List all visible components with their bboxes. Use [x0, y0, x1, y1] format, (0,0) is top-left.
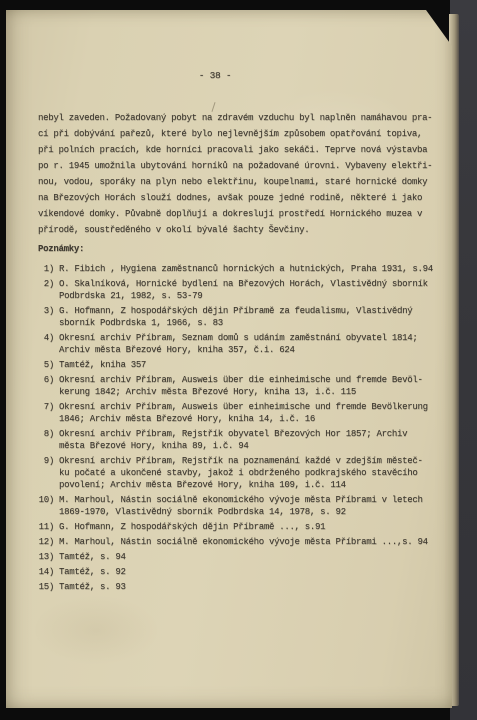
footnote-number: 13) [28, 551, 54, 563]
footnote-text: Okresní archiv Příbram, Ausweis über die… [59, 374, 423, 398]
footnote-number: 1) [28, 263, 54, 275]
footnote-number: 7) [28, 401, 54, 425]
footnote-number: 12) [28, 536, 54, 548]
footnote-number: 9) [28, 455, 54, 491]
footnote-number: 8) [28, 428, 54, 452]
footnotes-list: 1) R. Fibich , Hygiena zaměstnanců horni… [28, 263, 444, 593]
footnote-number: 4) [28, 332, 54, 356]
footnote-item: 8) Okresní archiv Příbram, Rejstřík obyv… [28, 428, 444, 452]
footnote-text: Okresní archiv Příbram, Seznam domů s ud… [59, 332, 417, 356]
footnote-item: 6) Okresní archiv Příbram, Ausweis über … [28, 374, 444, 398]
footnote-item: 1) R. Fibich , Hygiena zaměstnanců horni… [28, 263, 444, 275]
footnote-text: M. Marhoul, Nástin sociálně ekonomického… [59, 494, 423, 518]
footnote-item: 4) Okresní archiv Příbram, Seznam domů s… [28, 332, 444, 356]
footnote-text: G. Hofmann, Z hospodářských dějin Příbra… [59, 521, 325, 533]
footnote-number: 11) [28, 521, 54, 533]
footnote-item: 14) Tamtéž, s. 92 [28, 566, 444, 578]
footnote-text: Tamtéž, s. 94 [59, 551, 126, 563]
page-number: - 38 - [0, 70, 438, 81]
footnote-item: 5) Tamtéž, kniha 357 [28, 359, 444, 371]
footnote-text: O. Skalníková, Hornické bydlení na Březo… [59, 278, 428, 302]
footnote-text: G. Hofmann, Z hospodářských dějin Příbra… [59, 305, 412, 329]
footnote-item: 9) Okresní archiv Příbram, Rejstřík na p… [28, 455, 444, 491]
footnote-number: 2) [28, 278, 54, 302]
footnote-number: 10) [28, 494, 54, 518]
scanned-document-view: - 38 - nebyl zaveden. Požadovaný pobyt n… [0, 0, 477, 720]
footnote-item: 3) G. Hofmann, Z hospodářských dějin Pří… [28, 305, 444, 329]
document-page: - 38 - nebyl zaveden. Požadovaný pobyt n… [6, 10, 452, 708]
footnote-text: M. Marhoul, Nástin sociálně ekonomického… [59, 536, 428, 548]
footnote-text: Okresní archiv Příbram, Ausweis über ein… [59, 401, 428, 425]
footnote-number: 6) [28, 374, 54, 398]
notes-heading: Poznámky: [38, 243, 444, 256]
footnote-number: 3) [28, 305, 54, 329]
footnote-text: Okresní archiv Příbram, Rejstřík obyvate… [59, 428, 407, 452]
footnote-text: Tamtéž, s. 92 [59, 566, 126, 578]
footnote-item: 10) M. Marhoul, Nástin sociálně ekonomic… [28, 494, 444, 518]
footnote-text: Okresní archiv Příbram, Rejstřík na pozn… [59, 455, 423, 491]
footnote-text: Tamtéž, kniha 357 [59, 359, 146, 371]
footnote-text: Tamtéž, s. 93 [59, 581, 126, 593]
footnote-item: 12) M. Marhoul, Nástin sociálně ekonomic… [28, 536, 444, 548]
notes-section: Poznámky: 1) R. Fibich , Hygiena zaměstn… [28, 243, 444, 596]
footnote-item: 13) Tamtéž, s. 94 [28, 551, 444, 563]
body-paragraph: nebyl zaveden. Požadovaný pobyt na zdrav… [38, 110, 432, 238]
footnote-number: 5) [28, 359, 54, 371]
footnote-text: R. Fibich , Hygiena zaměstnanců hornický… [59, 263, 433, 275]
footnote-number: 15) [28, 581, 54, 593]
footnote-item: 2) O. Skalníková, Hornické bydlení na Bř… [28, 278, 444, 302]
footnote-item: 15) Tamtéž, s. 93 [28, 581, 444, 593]
footnote-number: 14) [28, 566, 54, 578]
footnote-item: 11) G. Hofmann, Z hospodářských dějin Př… [28, 521, 444, 533]
footnote-item: 7) Okresní archiv Příbram, Ausweis über … [28, 401, 444, 425]
